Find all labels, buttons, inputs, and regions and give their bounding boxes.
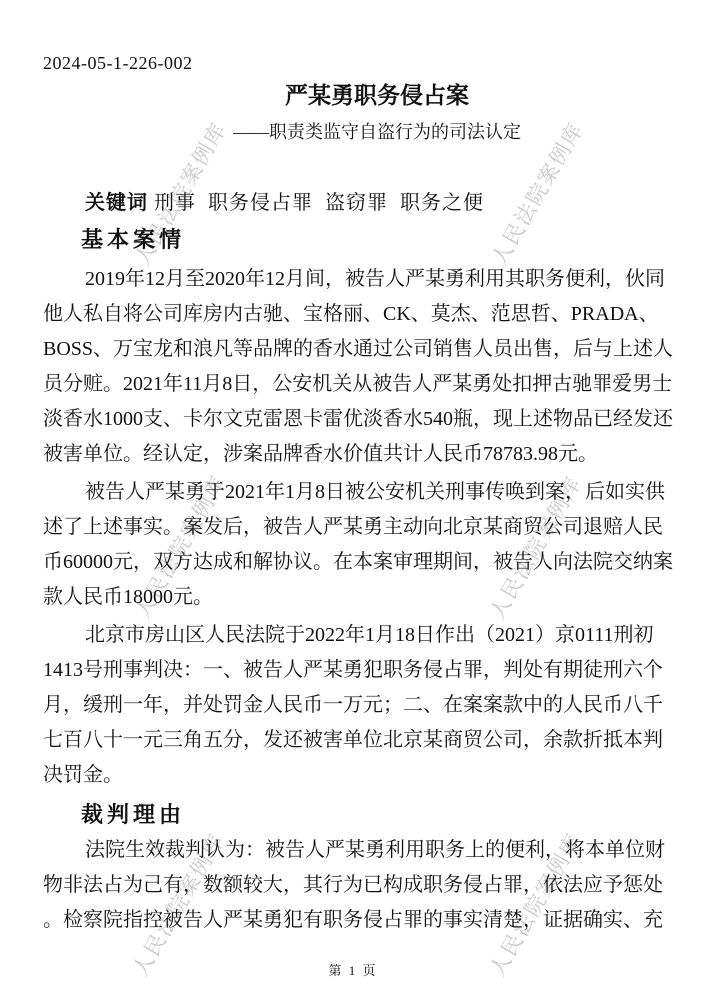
keywords-label: 关键词 — [85, 192, 148, 214]
text-line: 币60000元，双方达成和解协议。在本案审理期间，被告人向法院交纳案 — [43, 545, 663, 580]
text-line: 员分赃。2021年11月8日，公安机关从被告人严某勇处扣押古驰罪爱男士 — [43, 367, 663, 402]
case-number: 2024-05-1-226-002 — [43, 52, 663, 74]
case-subtitle: ——职责类监守自盗行为的司法认定 — [67, 118, 687, 146]
paragraph-facts-3: 北京市房山区人民法院于2022年1月18日作出（2021）京0111刑初1413… — [43, 618, 663, 793]
document-content: 2024-05-1-226-002 严某勇职务侵占案 ——职责类监守自盗行为的司… — [43, 52, 663, 938]
keywords-line: 关键词刑事 职务侵占罪 盗窃罪 职务之便 — [43, 186, 663, 221]
section-heading-judgment-reasoning: 裁判理由 — [43, 800, 663, 830]
text-line: 被告人严某勇于2021年1月8日被公安机关刑事传唤到案，后如实供 — [43, 475, 663, 510]
case-title: 严某勇职务侵占案 — [67, 80, 687, 112]
text-line: 淡香水1000支、卡尔文克雷恩卡雷优淡香水540瓶，现上述物品已经发还 — [43, 402, 663, 437]
paragraph-facts-2: 被告人严某勇于2021年1月8日被公安机关刑事传唤到案，后如实供述了上述事实。案… — [43, 475, 663, 615]
text-line: 1413号刑事判决：一、被告人严某勇犯职务侵占罪，判处有期徒刑六个 — [43, 653, 663, 688]
text-line: 物非法占为己有，数额较大，其行为已构成职务侵占罪，依法应予惩处 — [43, 868, 663, 903]
text-line: 款人民币18000元。 — [43, 580, 663, 615]
paragraph-facts-1: 2019年12月至2020年12月间，被告人严某勇利用其职务便利，伙同他人私自将… — [43, 262, 663, 472]
text-line: 。检察院指控被告人严某勇犯有职务侵占罪的事实清楚，证据确实、充 — [43, 903, 663, 938]
text-line: 他人私自将公司库房内古驰、宝格丽、CK、莫杰、范思哲、PRADA、 — [43, 297, 663, 332]
text-line: BOSS、万宝龙和浪凡等品牌的香水通过公司销售人员出售，后与上述人 — [43, 332, 663, 367]
paragraph-reasoning-1: 法院生效裁判认为：被告人严某勇利用职务上的便利，将本单位财物非法占为己有，数额较… — [43, 833, 663, 938]
text-line: 决罚金。 — [43, 758, 663, 793]
text-line: 被害单位。经认定，涉案品牌香水价值共计人民币78783.98元。 — [43, 437, 663, 472]
page-footer: 第 1 页 — [0, 962, 706, 980]
text-line: 月，缓刑一年，并处罚金人民币一万元；二、在案案款中的人民币八千 — [43, 688, 663, 723]
text-line: 述了上述事实。案发后，被告人严某勇主动向北京某商贸公司退赔人民 — [43, 510, 663, 545]
section-heading-basic-facts: 基本案情 — [43, 225, 663, 255]
document-page: 人民法院案例库 人民法院案例库 人民法院案例库 人民法院案例库 人民法院案例库 … — [0, 0, 706, 999]
keywords-list: 刑事 职务侵占罪 盗窃罪 职务之便 — [154, 192, 484, 214]
text-line: 2019年12月至2020年12月间，被告人严某勇利用其职务便利，伙同 — [43, 262, 663, 297]
text-line: 北京市房山区人民法院于2022年1月18日作出（2021）京0111刑初 — [43, 618, 663, 653]
text-line: 法院生效裁判认为：被告人严某勇利用职务上的便利，将本单位财 — [43, 833, 663, 868]
text-line: 七百八十一元三角五分，发还被害单位北京某商贸公司，余款折抵本判 — [43, 723, 663, 758]
